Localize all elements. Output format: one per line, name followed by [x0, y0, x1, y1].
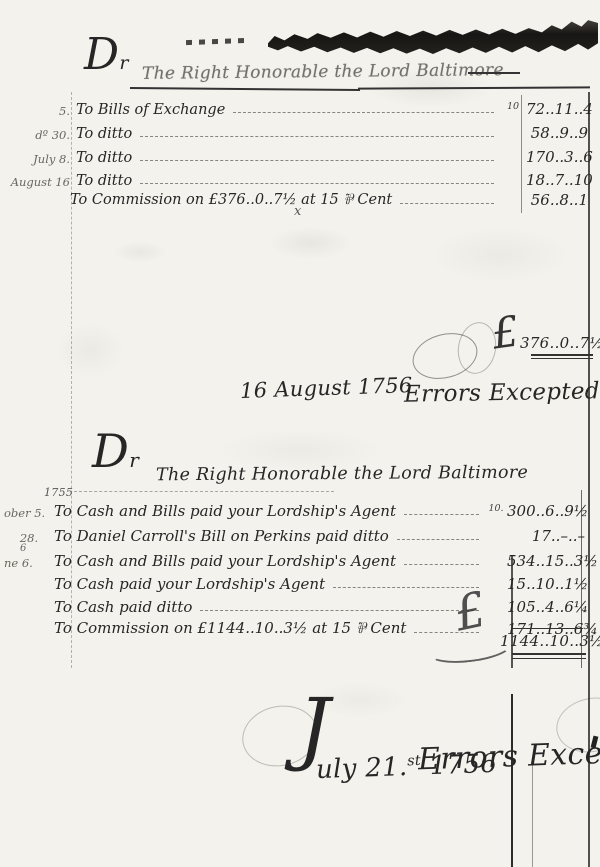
row-description: To Commission on £1144..10..3½ at 15 ⅌ C… [54, 618, 406, 638]
dotted-leader [397, 539, 479, 540]
ledger-row: July 8. To ditto 170..3..6 [6, 144, 588, 166]
errors-excepted-1: Errors Excepted [404, 378, 600, 407]
section1-dr-prefix: Dr [84, 52, 129, 74]
row-folio: 10 [500, 101, 526, 112]
row-description: To Cash paid ditto [54, 598, 192, 616]
row-date: July 8. [6, 152, 76, 166]
ledger-row: ober 5. To Cash and Bills paid your Lord… [4, 498, 585, 520]
row-amount: 15..10..1½ [507, 575, 585, 593]
row-description: To Cash paid your Lordship's Agent [54, 575, 325, 593]
row-amount: 170..3..6 [526, 148, 588, 166]
torn-edge-shadow [268, 18, 598, 54]
ledger-row: To Cash paid ditto 105..4..6¼ [4, 594, 585, 616]
total2-rule-top [512, 628, 583, 629]
section1-total: 376..0..7½ [520, 334, 586, 352]
ledger-row: August 16 To ditto 18..7..10 [6, 167, 588, 189]
section2-title: The Right Honorable the Lord Baltimore [156, 463, 528, 486]
ledger-row: To Commission on £1144..10..3½ at 15 ⅌ C… [4, 616, 585, 638]
dotted-leader [404, 514, 479, 515]
ledger-row: ne 6. To Cash and Bills paid your Lordsh… [4, 548, 585, 570]
row-description: To ditto [76, 150, 132, 166]
row-date: 5. [6, 104, 76, 118]
row-description: To ditto [76, 126, 132, 142]
section2-dr-prefix: Dr [92, 448, 139, 472]
excepted-word: Excepted [489, 378, 600, 406]
dotted-leader [404, 564, 479, 565]
row-description: To Cash and Bills paid your Lordship's A… [54, 502, 396, 520]
row-date: ne 6. [4, 556, 54, 570]
row-amount: 300..6..9½ [507, 502, 585, 520]
section1-title: The Right Honorable the Lord Baltimore [142, 60, 504, 84]
header1-underline-left [130, 87, 360, 91]
row-amount: 58..9..9 [526, 124, 588, 142]
ledger-row: dº 30. To ditto 58..9..9 [6, 120, 588, 142]
header2-underline [74, 491, 334, 492]
dotted-leader [140, 136, 494, 137]
total2-rule-thin [512, 658, 586, 659]
header1-dash [468, 72, 520, 74]
header1-underline-right [358, 86, 590, 89]
row-date: dº 30. [6, 128, 76, 142]
row-description: To Bills of Exchange [76, 102, 225, 118]
row-date: ober 5. [4, 506, 54, 520]
row-amount: 534..15..3½ [507, 552, 585, 570]
dotted-leader [200, 610, 479, 611]
total1-rule-thick [531, 354, 593, 356]
row-description: To Daniel Carroll's Bill on Perkins paid… [54, 527, 389, 545]
ledger-row: To Cash paid your Lordship's Agent 15..1… [4, 571, 585, 593]
errors-excepted-2: Errors Excepted [417, 734, 600, 778]
signoff-date-main: uly 21. [316, 752, 408, 785]
excepted-word: Excepted [527, 734, 600, 774]
dotted-leader [140, 183, 494, 184]
row-amount: 105..4..6¼ [507, 598, 585, 616]
section1-dateline: 16 August 1756 [240, 373, 413, 403]
section2-total: 1144..10..3½ [500, 632, 583, 650]
dotted-leader [140, 160, 494, 161]
dotted-leader [400, 203, 494, 204]
bottom-column-rule-1 [511, 694, 513, 867]
total2-rule-thick [512, 653, 586, 655]
row-amount: 56..8..1 [526, 191, 588, 209]
row-date: 28. [4, 531, 54, 545]
stray-x-mark: x [294, 204, 302, 219]
errors-word: Errors [404, 380, 482, 407]
bottom-column-rule-2 [532, 760, 533, 867]
row-description: To Cash and Bills paid your Lordship's A… [54, 552, 396, 570]
ink-dash-marks [186, 38, 248, 45]
ledger-page-scan: Dr The Right Honorable the Lord Baltimor… [0, 0, 600, 867]
ledger-row: 28. To Daniel Carroll's Bill on Perkins … [4, 523, 585, 545]
errors-word: Errors [417, 739, 518, 777]
total1-rule-thin [531, 358, 593, 359]
dotted-leader [233, 112, 494, 113]
row-description: To Commission on £376..0..7½ at 15 ⅌ Cen… [70, 189, 392, 209]
row-amount: 17..–..– [507, 527, 585, 545]
row-amount: 72..11..4 [526, 100, 588, 118]
ledger-row: 5. To Bills of Exchange 10 72..11..4 [6, 96, 588, 118]
row-folio: 10. [485, 503, 507, 514]
